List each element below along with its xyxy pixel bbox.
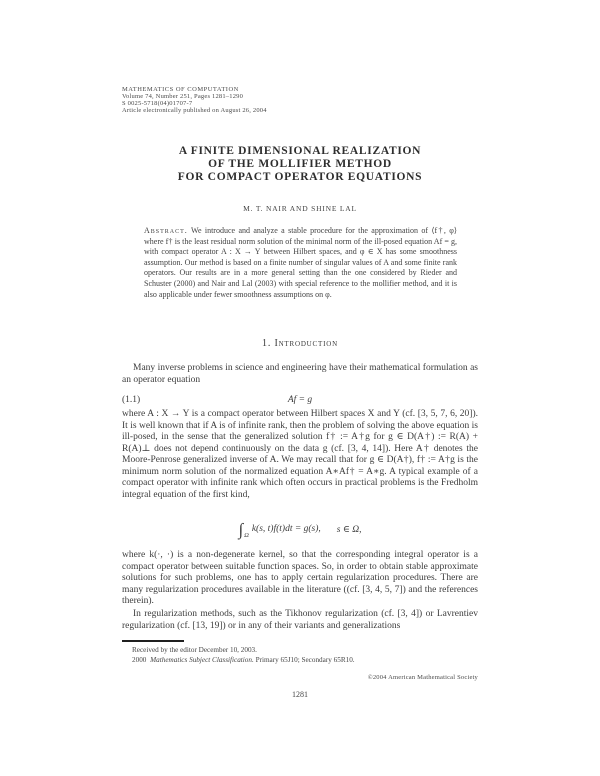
intro-paragraph-3: where k(·, ·) is a non-degenerate kernel… bbox=[122, 550, 478, 608]
journal-published-line: Article electronically published on Augu… bbox=[122, 107, 478, 114]
equation-1-1: (1.1) Af = g bbox=[122, 395, 478, 408]
journal-paper-page: MATHEMATICS OF COMPUTATION Volume 74, Nu… bbox=[0, 0, 600, 776]
copyright-line: ©2004 American Mathematical Society bbox=[122, 674, 478, 681]
msc-codes: Primary 65J10; Secondary 65R10. bbox=[256, 656, 355, 664]
fredholm-integral-equation: ∫ Ω k(s, t)f(t)dt = g(s), s ∈ Ω, bbox=[122, 516, 478, 542]
footnotes: Received by the editor December 10, 2003… bbox=[122, 645, 478, 665]
page-number: 1281 bbox=[122, 690, 478, 699]
integral-condition: s ∈ Ω, bbox=[337, 524, 362, 535]
paper-title: A FINITE DIMENSIONAL REALIZATION OF THE … bbox=[122, 145, 478, 185]
section-heading-introduction: 1. Introduction bbox=[122, 338, 478, 349]
journal-header: MATHEMATICS OF COMPUTATION Volume 74, Nu… bbox=[122, 86, 478, 114]
journal-name: MATHEMATICS OF COMPUTATION bbox=[122, 86, 478, 93]
received-date-line: Received by the editor December 10, 2003… bbox=[122, 645, 478, 655]
paper-title-line-1: A FINITE DIMENSIONAL REALIZATION bbox=[122, 145, 478, 158]
equation-1-1-formula: Af = g bbox=[122, 395, 478, 405]
journal-issn-line: S 0025-5718(04)01707-7 bbox=[122, 100, 478, 107]
msc-year: 2000 bbox=[132, 656, 146, 664]
intro-paragraph-4: In regularization methods, such as the T… bbox=[122, 609, 478, 632]
paper-title-line-2: OF THE MOLLIFIER METHOD bbox=[122, 158, 478, 171]
footnote-separator-rule bbox=[122, 640, 184, 642]
msc-title: Mathematics Subject Classification. bbox=[150, 656, 254, 664]
intro-paragraph-2: where A : X → Y is a compact operator be… bbox=[122, 409, 478, 501]
msc-classification-line: 2000 Mathematics Subject Classification.… bbox=[122, 655, 478, 665]
abstract-text: We introduce and analyze a stable proced… bbox=[144, 226, 457, 299]
integral-domain-subscript: Ω bbox=[244, 532, 249, 539]
integral-sign: ∫ bbox=[238, 521, 243, 538]
abstract: Abstract. We introduce and analyze a sta… bbox=[144, 226, 457, 300]
intro-paragraph-1: Many inverse problems in science and eng… bbox=[122, 363, 478, 386]
abstract-label: Abstract. bbox=[144, 226, 188, 235]
journal-volume-line: Volume 74, Number 251, Pages 1281–1290 bbox=[122, 93, 478, 100]
paper-title-line-3: FOR COMPACT OPERATOR EQUATIONS bbox=[122, 171, 478, 184]
integral-body: k(s, t)f(t)dt = g(s), bbox=[252, 524, 321, 534]
authors-line: M. T. NAIR AND SHINE LAL bbox=[122, 204, 478, 213]
